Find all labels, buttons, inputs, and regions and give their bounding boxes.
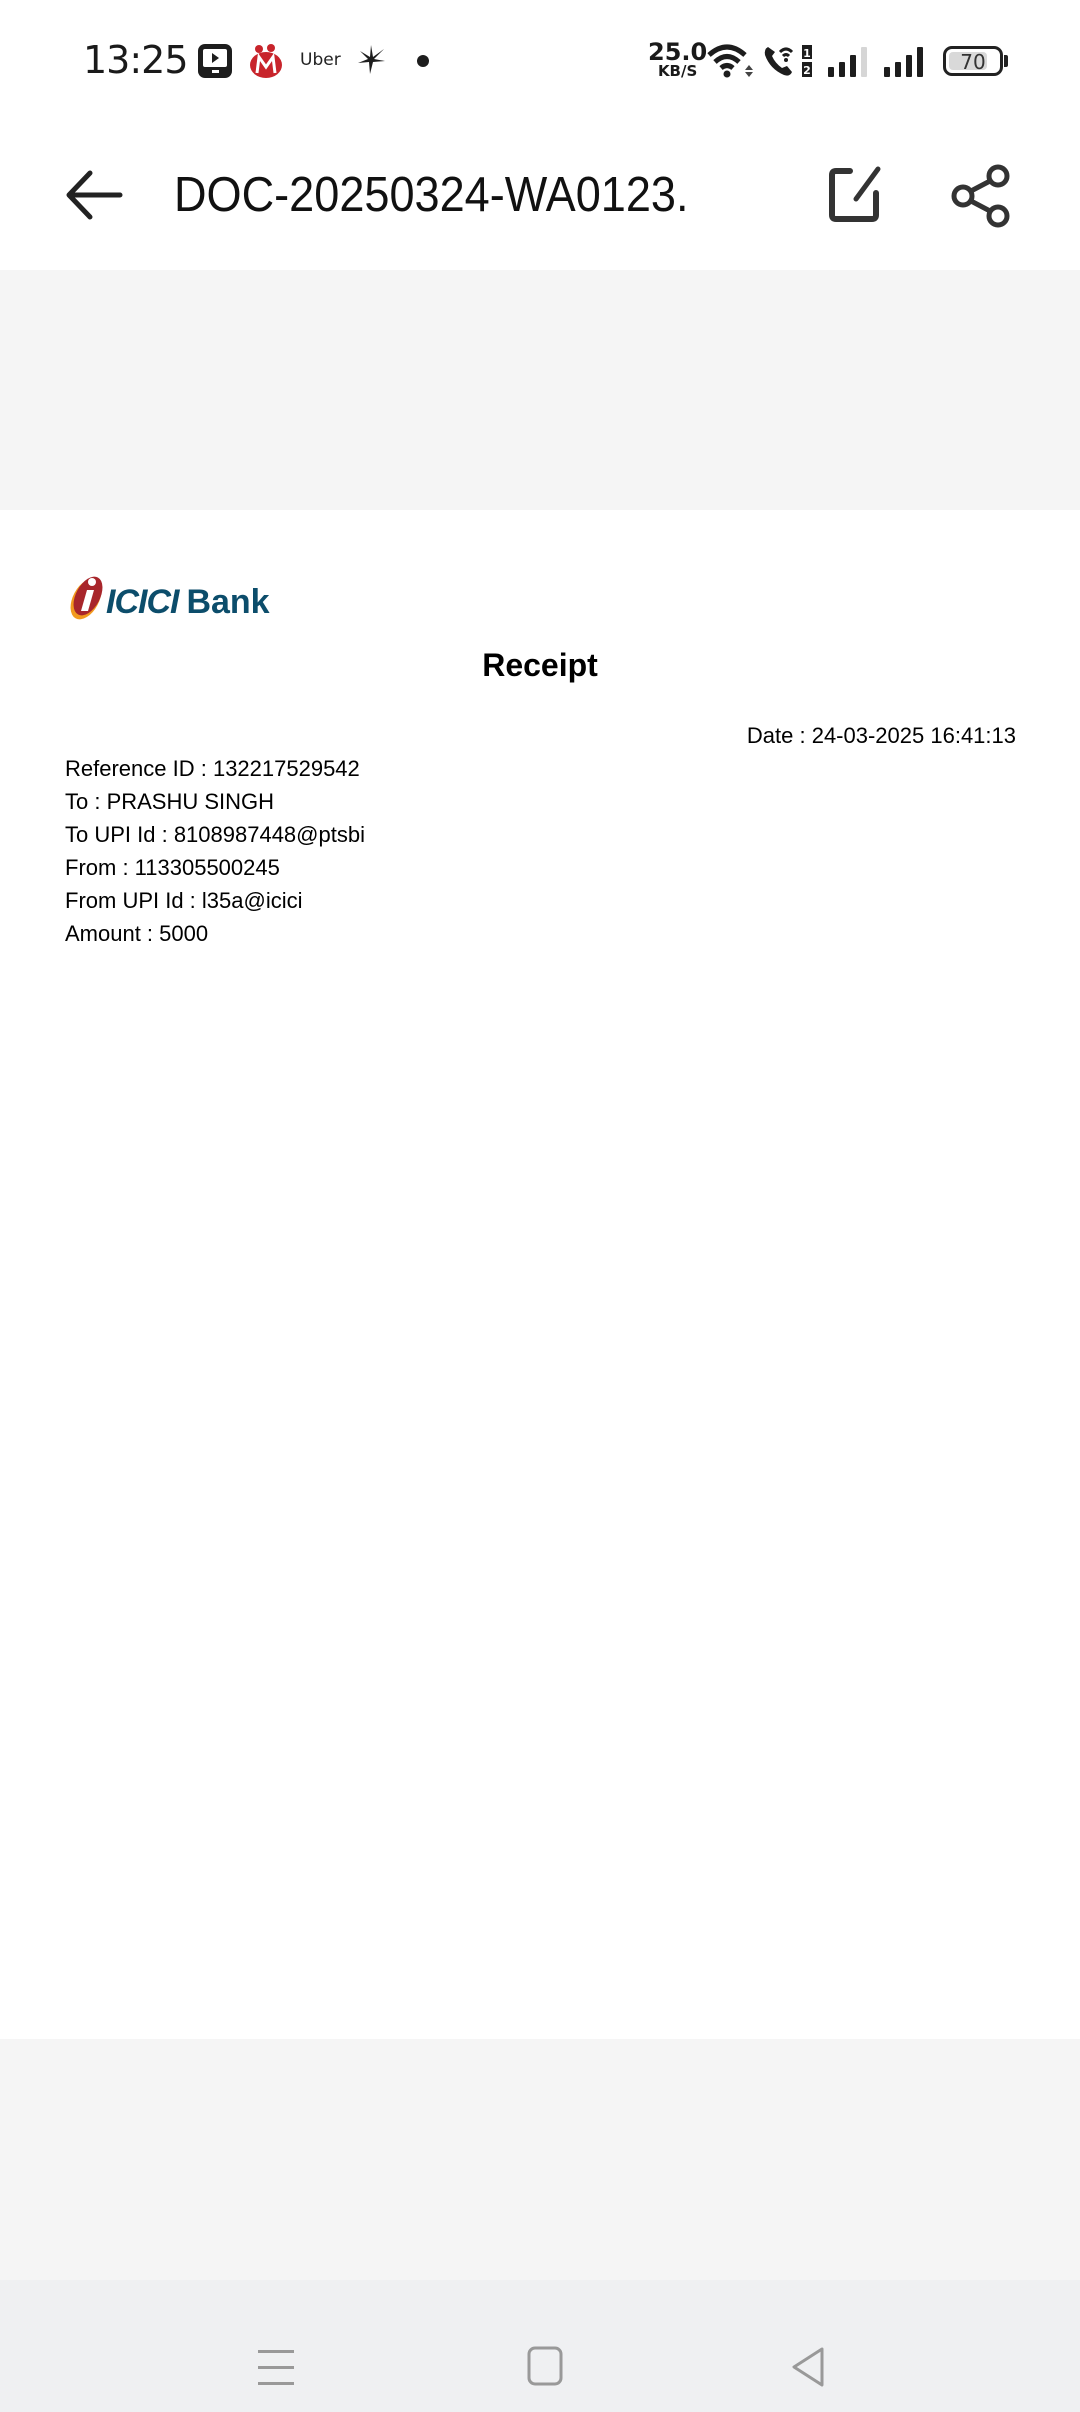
edit-icon	[820, 165, 890, 225]
battery-icon: 70	[943, 46, 1003, 76]
payee-name: To : PRASHU SINGH	[65, 789, 274, 815]
viewer-background-bottom	[0, 2039, 1080, 2280]
svg-text:2: 2	[803, 64, 811, 77]
reference-id: Reference ID : 132217529542	[65, 756, 360, 782]
payer-upi-id: From UPI Id : l35a@icici	[65, 888, 303, 914]
back-triangle-icon	[790, 2346, 826, 2388]
system-back-button[interactable]	[790, 2346, 826, 2388]
svg-text:1: 1	[803, 47, 811, 60]
receipt-title: Receipt	[0, 647, 1080, 684]
wifi-icon	[707, 43, 757, 79]
dot-icon	[416, 54, 430, 68]
network-speed: 25.0 KB/S	[648, 40, 707, 79]
share-icon	[948, 163, 1018, 229]
share-button[interactable]	[948, 163, 1018, 229]
arrow-left-icon	[60, 165, 130, 225]
signal-sim2-icon	[882, 43, 932, 79]
payee-upi-id: To UPI Id : 8108987448@ptsbi	[65, 822, 365, 848]
signal-sim1-icon	[826, 43, 876, 79]
menu-icon	[258, 2348, 294, 2386]
home-square-icon	[527, 2346, 563, 2386]
viewer-background-top	[0, 270, 1080, 510]
tv-play-icon	[197, 43, 233, 79]
icici-logo-mark	[64, 573, 108, 623]
recents-button[interactable]	[258, 2348, 294, 2386]
payer-account: From : 113305500245	[65, 855, 280, 881]
edit-button[interactable]	[820, 165, 890, 225]
back-button[interactable]	[60, 165, 130, 225]
document-title: DOC-20250324-WA0123.	[174, 167, 689, 223]
battery-level: 70	[946, 50, 1000, 74]
receipt-date: Date : 24-03-2025 16:41:13	[747, 723, 1016, 749]
bank-logo: ICICIBank	[106, 583, 270, 622]
wifi-calling-icon: 1 2	[762, 43, 816, 79]
home-button[interactable]	[527, 2346, 563, 2386]
status-time: 13:25	[83, 38, 188, 82]
amount: Amount : 5000	[65, 921, 208, 947]
uber-icon: Uber	[300, 50, 341, 70]
spark-icon	[356, 43, 386, 75]
battery-tip	[1004, 55, 1008, 67]
m-app-icon	[248, 43, 284, 79]
